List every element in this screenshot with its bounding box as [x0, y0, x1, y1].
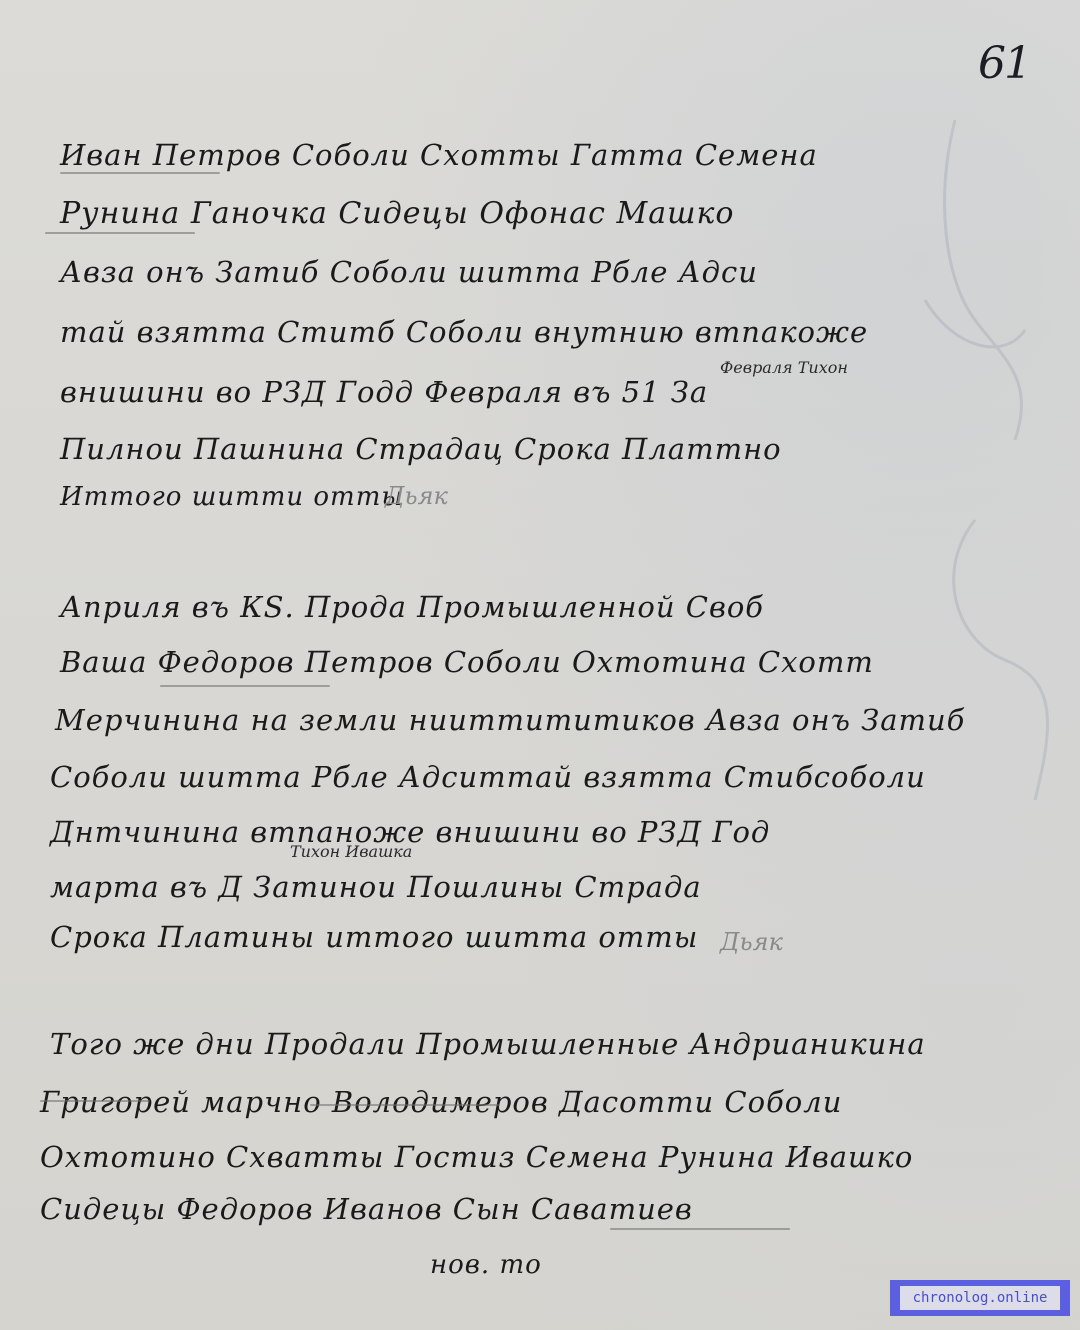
signature: Дьяк	[385, 482, 448, 510]
text-line: Авза онъ Затиб Соболи шитта Рбле Адси	[60, 255, 758, 289]
interlinear-note: Февраля Тихон	[720, 358, 848, 377]
page-footer-catchword: нов. то	[430, 1250, 542, 1280]
text-line: Рунина Ганочка Сидецы Офонас Машко	[60, 196, 735, 231]
text-line: Охтотино Схватты Гостиз Семена Рунина Ив…	[40, 1140, 913, 1174]
text-line: Срока Платины иттого шитта отты	[50, 920, 698, 954]
text-line: Того же дни Продали Промышленные Андриан…	[50, 1027, 926, 1061]
underline-mark	[310, 1104, 500, 1106]
text-line: Сидецы Федоров Иванов Сын Саватиев	[40, 1192, 693, 1226]
watermark-text: chronolog.online	[900, 1286, 1060, 1310]
text-line: марта въ Д Затинои Пошлины Страда	[50, 870, 702, 904]
text-line: внишини во РЗД Годд Февраля въ 51 За	[60, 375, 708, 409]
text-line: Иттого шитти отты	[60, 482, 404, 512]
watermark-badge: chronolog.online	[890, 1280, 1070, 1316]
underline-mark	[40, 1100, 150, 1102]
manuscript-page: 61 Иван Петров Соболи Схотты Гатта Семен…	[0, 0, 1080, 1330]
underline-mark	[45, 232, 195, 234]
text-line: Априля въ КЅ. Прода Промышленной Своб	[60, 590, 764, 624]
text-line: тай взятта Ститб Соболи внутнию втпакоже	[60, 315, 868, 349]
underline-mark	[160, 685, 330, 687]
text-line: Мерчинина на земли нииттититиков Авза он…	[55, 703, 965, 737]
text-line: Григорей марчно Володимеров Дасотти Собо…	[40, 1085, 842, 1119]
text-line: Иван Петров Соболи Схотты Гатта Семена	[60, 138, 818, 172]
underline-mark	[610, 1228, 790, 1230]
interlinear-note: Тихон Ивашка	[290, 842, 412, 861]
signature: Дьяк	[720, 928, 783, 956]
text-line: Ваша Федоров Петров Соболи Охтотина Схот…	[60, 645, 874, 679]
underline-mark	[60, 172, 220, 174]
folio-number: 61	[978, 38, 1030, 89]
text-line: Пилнои Пашнина Страдац Срока Платтно	[60, 432, 782, 466]
text-line: Соболи шитта Рбле Адситтай взятта Стибсо…	[50, 760, 926, 794]
